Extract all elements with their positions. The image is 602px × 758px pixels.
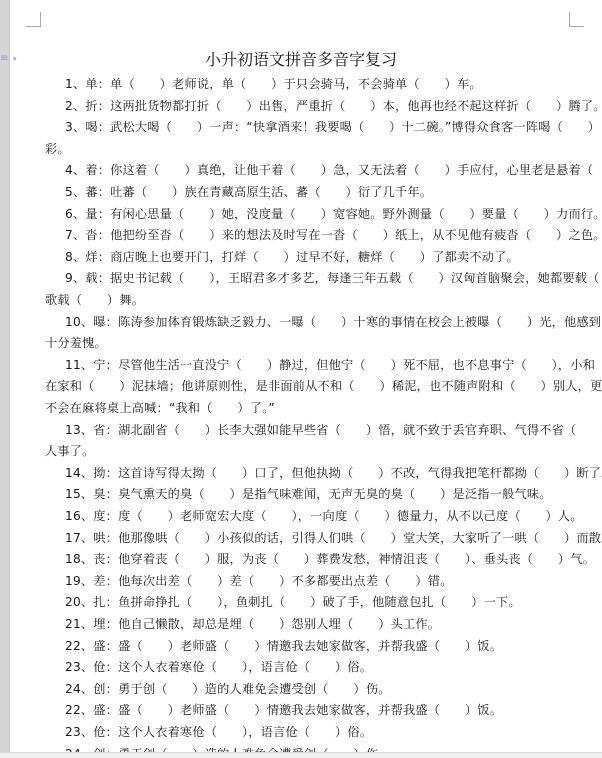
page-title: 小升初语文拼音多音字复习	[0, 50, 602, 70]
document-line: 6、量：有闲心思量（ ）她，没度量（ ）宽容她。野外测量（ ）要量（ ）力而行。	[65, 206, 602, 222]
document-line: 23、伧：这个人衣着寒伧（ ），语言伧（ ）俗。	[65, 659, 372, 675]
document-line: 11、宁：尽管他生活一直没宁（ ）静过，但他宁（ ）死不屈，也不息事宁（ ），小…	[65, 357, 602, 373]
document-line: 18、丧：他穿着丧（ ）服，为丧（ ）葬费发愁，神情沮丧（ ）、垂头丧（ ）气。	[65, 551, 595, 567]
document-line: 10、曝：陈涛参加体育锻炼缺乏毅力、一曝（ ）十寒的事情在校会上被曝（ ）光，他…	[65, 314, 601, 330]
document-line: 15、臭：臭气熏天的臭（ ）是指气味难闻，无声无臭的臭（ ）是泛指一般气味。	[65, 486, 552, 502]
status-bar	[0, 752, 602, 758]
document-line: 8、烊：商店晚上也要开门，打烊（ ）过早不好，糖烊（ ）了都卖不动了。	[65, 249, 519, 265]
crop-mark-top-right	[569, 12, 584, 27]
document-line: 5、蕃：吐蕃（ ）族在青藏高原生活、蕃（ ）衍了几千年。	[65, 184, 432, 200]
left-margin-gutter	[0, 0, 10, 758]
document-line: 24、创：勇于创（ ）造的人难免会遭受创（ ）伤。	[65, 681, 391, 697]
document-line: 17、哄：他那像哄（ ）小孩似的话，引得人们哄（ ）堂大笑，大家听了一哄（ ）而…	[65, 530, 602, 546]
document-line: 1、单：单（ ）老师说，单（ ）于只会骑马，不会骑单（ ）车。	[65, 76, 482, 92]
document-line: 7、沓：他把纷至沓（ ）来的想法及时写在一沓（ ）纸上，从不见他有疲沓（ ）之色…	[65, 227, 602, 243]
document-line: 16、度：度（ ）老师宽宏大度（ ），一向度（ ）德量力，从不以己度（ ）人。	[65, 508, 583, 524]
document-line: 4、着：你这着（ ）真绝，让他干着（ ）急，又无法着（ ）手应付，心里老是悬着（…	[65, 162, 602, 178]
document-line: 不会在麻将桌上高喊：“我和（ ）了。”	[45, 400, 275, 416]
document-line: 20、扎：鱼拼命挣扎（ ），鱼刺扎（ ）破了手，他随意包扎（ ）一下。	[65, 594, 521, 610]
document-line: 2、折：这两批货物都打折（ ）出售，严重折（ ）本，他再也经不起这样折（ ）腾了…	[65, 98, 602, 114]
document-line: 歌载（ ）舞。	[45, 292, 144, 308]
document-line: 14、拗：这首诗写得太拗（ ）口了，但他执拗（ ）不改，气得我把笔杆都拗（ ）断…	[65, 465, 602, 481]
document-line: 彩。	[45, 141, 70, 157]
document-line: 22、盛：盛（ ）老师盛（ ）情邀我去她家做客，并帮我盛（ ）饭。	[65, 702, 502, 718]
document-line: 9、载：据史书记载（ ），王昭君多才多艺，每逢三年五载（ ）汉匈首脑聚会，她都要…	[65, 270, 602, 286]
document-line: 人事了。	[45, 443, 95, 459]
crop-mark-top-left	[26, 12, 41, 27]
document-line: 3、喝：武松大喝（ ）一声：“快拿酒来！我要喝（ ）十二碗。”博得众食客一阵喝（…	[65, 119, 600, 135]
document-line: 21、埋：他自己懒散，却总是埋（ ）怨别人埋（ ）头工作。	[65, 616, 440, 632]
document-line: 在家和（ ）泥抹墙；他讲原则性，是非面前从不和（ ）稀泥，也不随声附和（ ）别人…	[45, 378, 602, 394]
document-line: 19、差：他每次出差（ ）差（ ）不多都要出点差（ ）错。	[65, 573, 453, 589]
document-line: 22、盛：盛（ ）老师盛（ ）情邀我去她家做客，并帮我盛（ ）饭。	[65, 638, 502, 654]
document-line: 23、伧：这个人衣着寒伧（ ），语言伧（ ）俗。	[65, 724, 372, 740]
document-line: 13、省：湖北副省（ ）长李大强如能早些省（ ）悟，就不致于丢官弃职、气得不省（…	[65, 422, 602, 438]
document-line: 十分羞愧。	[45, 335, 107, 351]
